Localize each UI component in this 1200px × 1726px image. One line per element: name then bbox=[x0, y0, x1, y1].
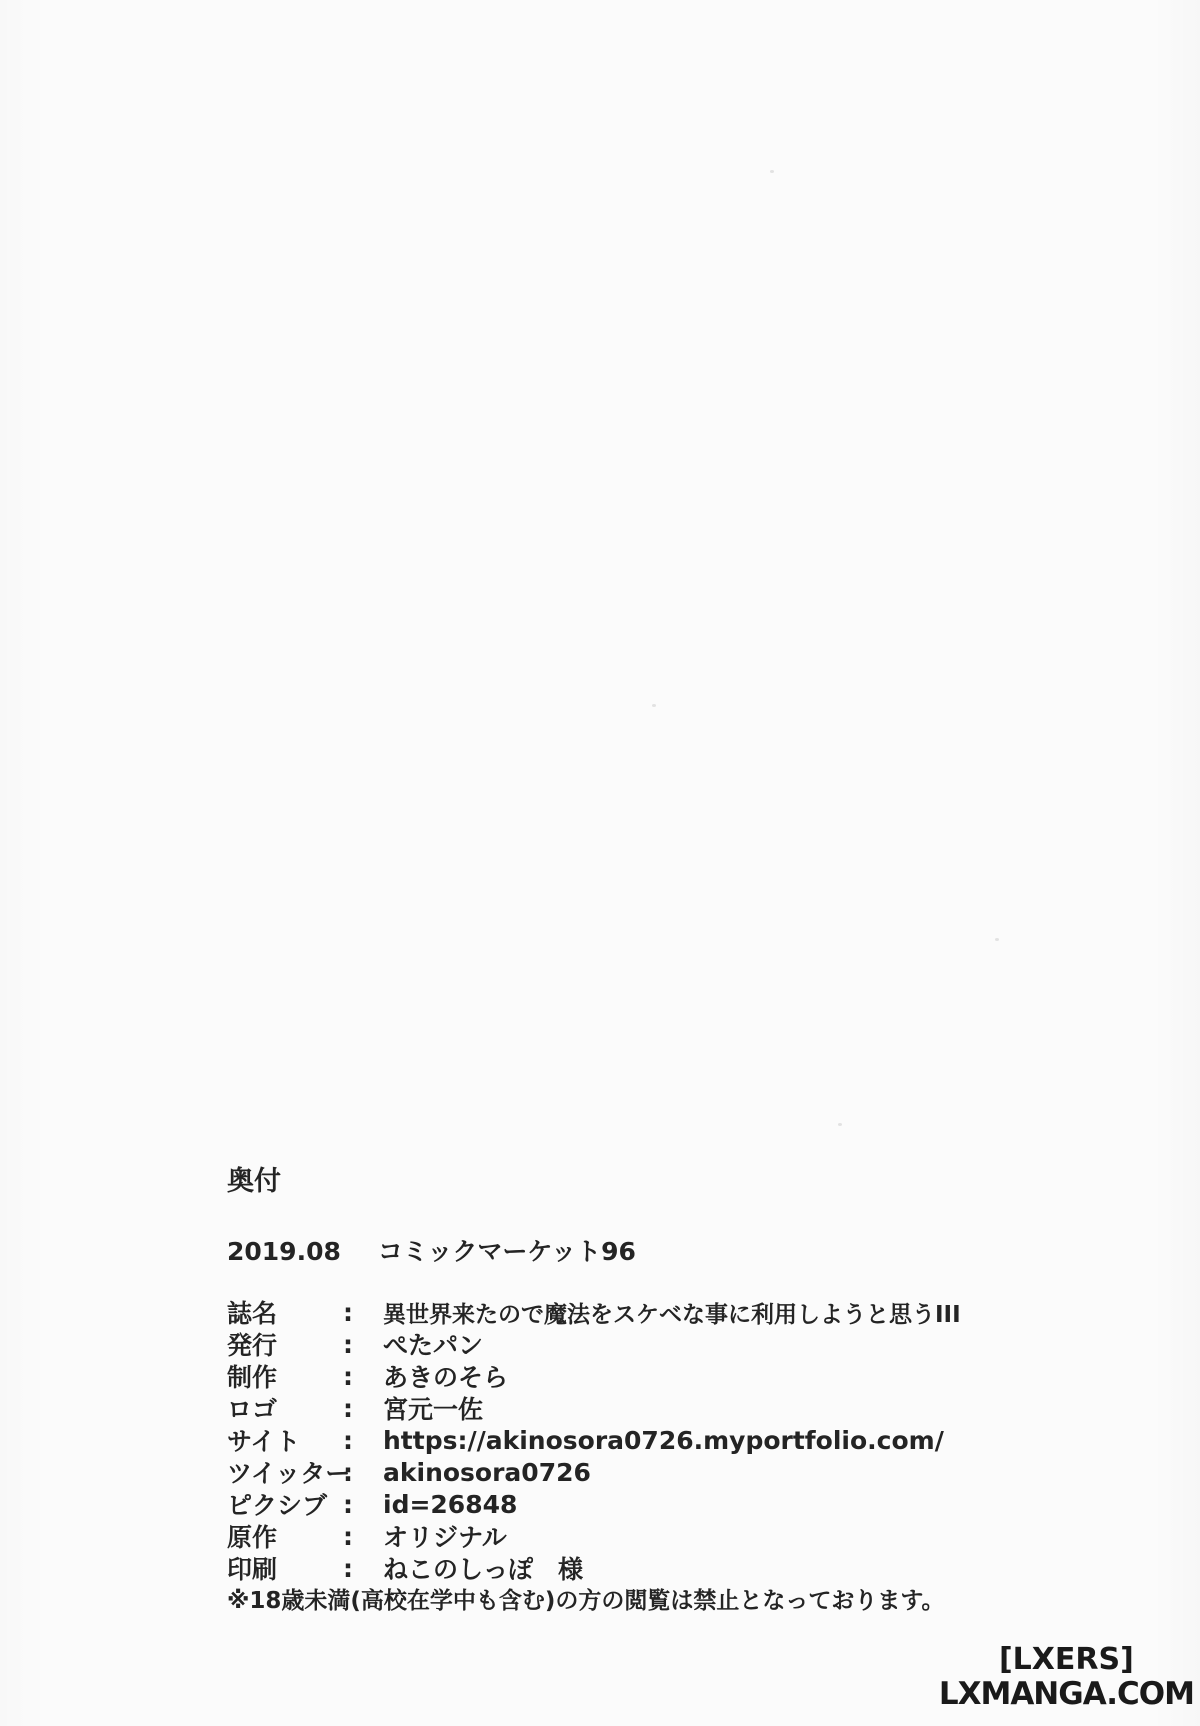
publisher-name: ぺたパン bbox=[383, 1326, 483, 1362]
credits-row-publisher: 発行 : ぺたパン bbox=[227, 1328, 1017, 1360]
row-separator: : bbox=[343, 1362, 383, 1391]
credits-row-twitter: ツイッター : akinosora0726 bbox=[227, 1456, 1017, 1488]
row-separator: : bbox=[343, 1458, 383, 1487]
site-url: https://akinosora0726.myportfolio.com/ bbox=[383, 1426, 944, 1455]
colophon-heading: 奥付 bbox=[227, 1166, 1017, 1198]
row-separator: : bbox=[343, 1298, 383, 1327]
age-restriction-notice: ※18歳未満(高校在学中も含む)の方の閲覧は禁止となっております。 bbox=[227, 1586, 1017, 1616]
site-watermark: [LXERS] LXMANGA.COM bbox=[939, 1642, 1194, 1712]
row-label: ツイッター bbox=[227, 1454, 343, 1490]
original-work: オリジナル bbox=[383, 1518, 507, 1554]
row-label: 原作 bbox=[227, 1518, 343, 1554]
row-separator: : bbox=[343, 1330, 383, 1359]
event-line: 2019.08 コミックマーケット96 bbox=[227, 1236, 1017, 1268]
credits-row-site: サイト : https://akinosora0726.myportfolio.… bbox=[227, 1424, 1017, 1456]
row-separator: : bbox=[343, 1490, 383, 1519]
row-label: 印刷 bbox=[227, 1550, 343, 1586]
row-separator: : bbox=[343, 1522, 383, 1551]
row-label: 制作 bbox=[227, 1358, 343, 1394]
twitter-handle: akinosora0726 bbox=[383, 1458, 591, 1487]
row-separator: : bbox=[343, 1554, 383, 1583]
credits-row-printer: 印刷 : ねこのしっぽ 様 bbox=[227, 1552, 1017, 1584]
row-label: 誌名 bbox=[227, 1294, 343, 1330]
credits-row-logo: ロゴ : 宮元一佐 bbox=[227, 1392, 1017, 1424]
scan-speck bbox=[995, 938, 999, 941]
scan-speck bbox=[838, 1123, 842, 1126]
row-label: ピクシブ bbox=[227, 1486, 343, 1522]
credits-table: 誌名 : 異世界来たので魔法をスケベな事に利用しようと思うIII 発行 : ぺた… bbox=[227, 1296, 1017, 1584]
book-title: 異世界来たので魔法をスケベな事に利用しようと思うIII bbox=[383, 1296, 961, 1329]
colophon-block: 奥付 2019.08 コミックマーケット96 誌名 : 異世界来たので魔法をスケ… bbox=[227, 1166, 1017, 1616]
scanned-page-background: 奥付 2019.08 コミックマーケット96 誌名 : 異世界来たので魔法をスケ… bbox=[0, 0, 1200, 1726]
credits-row-original: 原作 : オリジナル bbox=[227, 1520, 1017, 1552]
row-separator: : bbox=[343, 1426, 383, 1455]
pixiv-id: id=26848 bbox=[383, 1490, 517, 1519]
row-label: サイト bbox=[227, 1422, 343, 1458]
printer-name: ねこのしっぽ 様 bbox=[383, 1550, 583, 1586]
creator-name: あきのそら bbox=[383, 1358, 508, 1394]
event-name: コミックマーケット96 bbox=[378, 1236, 636, 1268]
scan-speck bbox=[770, 170, 774, 173]
logo-designer-name: 宮元一佐 bbox=[383, 1390, 483, 1426]
row-separator: : bbox=[343, 1394, 383, 1423]
credits-row-creator: 制作 : あきのそら bbox=[227, 1360, 1017, 1392]
watermark-domain: LXMANGA.COM bbox=[939, 1677, 1194, 1712]
row-label: 発行 bbox=[227, 1326, 343, 1362]
scan-speck bbox=[652, 704, 656, 707]
publication-date: 2019.08 bbox=[227, 1236, 341, 1268]
row-label: ロゴ bbox=[227, 1390, 343, 1426]
credits-row-title: 誌名 : 異世界来たので魔法をスケベな事に利用しようと思うIII bbox=[227, 1296, 1017, 1328]
credits-row-pixiv: ピクシブ : id=26848 bbox=[227, 1488, 1017, 1520]
watermark-tag: [LXERS] bbox=[939, 1642, 1194, 1677]
